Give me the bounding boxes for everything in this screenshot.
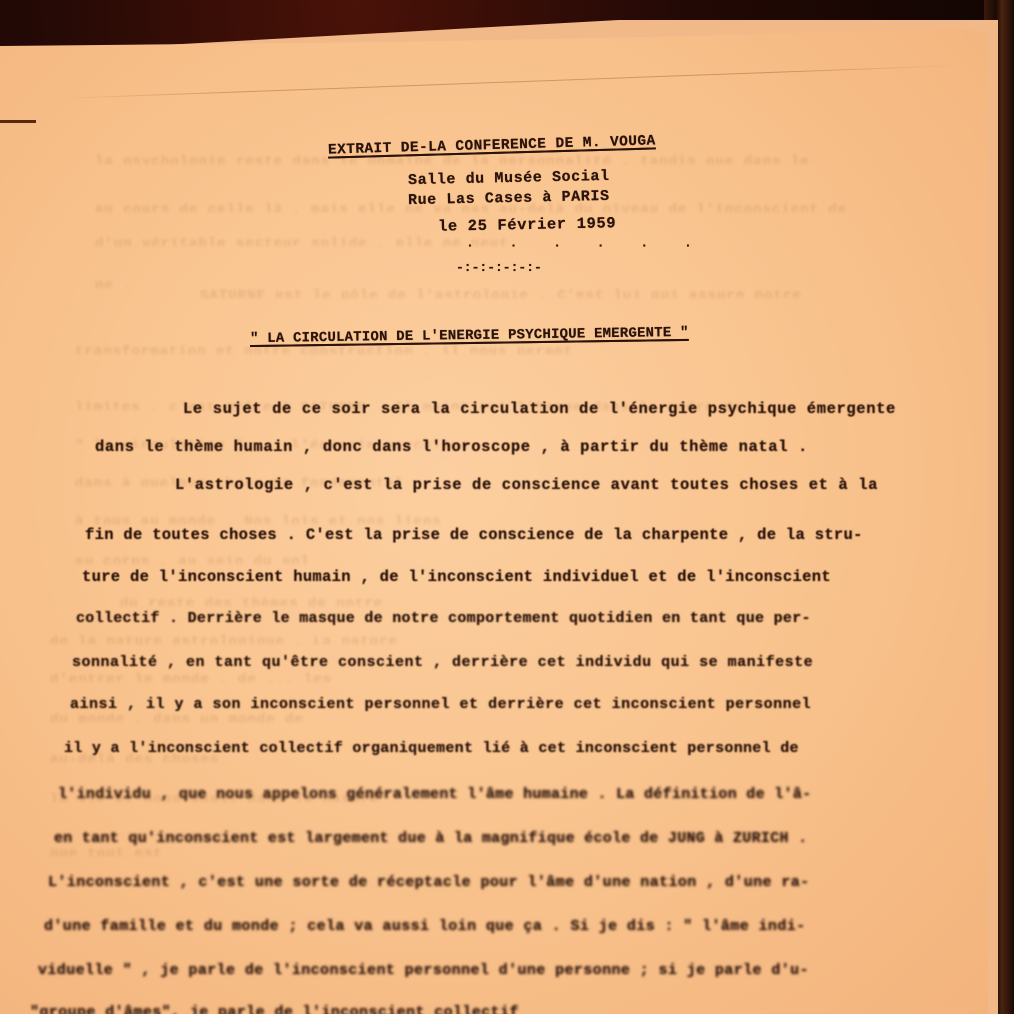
separator: -:-:-:-:-:- xyxy=(456,260,542,275)
bleed-through-line: du reste des thèmes de notre xyxy=(120,596,1014,606)
body-line: d'une famille et du monde ; cela va auss… xyxy=(44,918,806,935)
margin-mark xyxy=(0,120,36,123)
date-line: le 25 Février 1959 xyxy=(438,214,617,235)
bleed-through-line: que tout est xyxy=(50,846,960,856)
body-line: viduelle " , je parle de l'inconscient p… xyxy=(38,962,809,979)
body-line: ainsi , il y a son inconscient personnel… xyxy=(70,696,811,713)
bleed-through-line: de la nature astrologique . La nature xyxy=(50,634,960,644)
bleed-through-line: la psychologie reste dans le domaine de … xyxy=(95,154,1005,164)
body-line: ture de l'inconscient humain , de l'inco… xyxy=(82,568,831,586)
bleed-through-line: au corps , au sein du sol xyxy=(75,554,985,564)
body-line: en tant qu'inconscient est largement due… xyxy=(54,830,807,847)
body-line: fin de toutes choses . C'est la prise de… xyxy=(85,526,863,544)
body-line: L'astrologie , c'est la prise de conscie… xyxy=(175,476,878,494)
body-line: collectif . Derrière le masque de notre … xyxy=(76,610,811,627)
bleed-through-line: SATURNE est le pôle de l'astrologie . C'… xyxy=(200,288,1014,298)
body-line: sonnalité , en tant qu'être conscient , … xyxy=(72,654,813,671)
body-line-partial: "groupe d'âmes", je parle de l'inconscie… xyxy=(30,1004,519,1014)
bleed-through-line: transformation et notre construction , i… xyxy=(75,344,985,354)
body-line: L'inconscient , c'est une sorte de récep… xyxy=(48,874,810,891)
body-line: l'individu , que nous appelons généralem… xyxy=(58,786,811,803)
dot-row: · · · · · · xyxy=(466,238,706,253)
body-line: il y a l'inconscient collectif organique… xyxy=(64,740,799,757)
body-line: dans le thème humain , donc dans l'horos… xyxy=(95,438,808,456)
bleed-through-line: à tous au monde . Nos lois et nos liens xyxy=(75,514,985,524)
bleed-through-line: du monde , dans un monde de xyxy=(50,712,960,722)
bleed-through-line: d'entrer le monde , de ... les xyxy=(50,672,960,682)
body-line: Le sujet de ce soir sera la circulation … xyxy=(183,400,896,418)
header-rule xyxy=(60,65,959,99)
bleed-through-line: ne . xyxy=(95,278,1005,288)
